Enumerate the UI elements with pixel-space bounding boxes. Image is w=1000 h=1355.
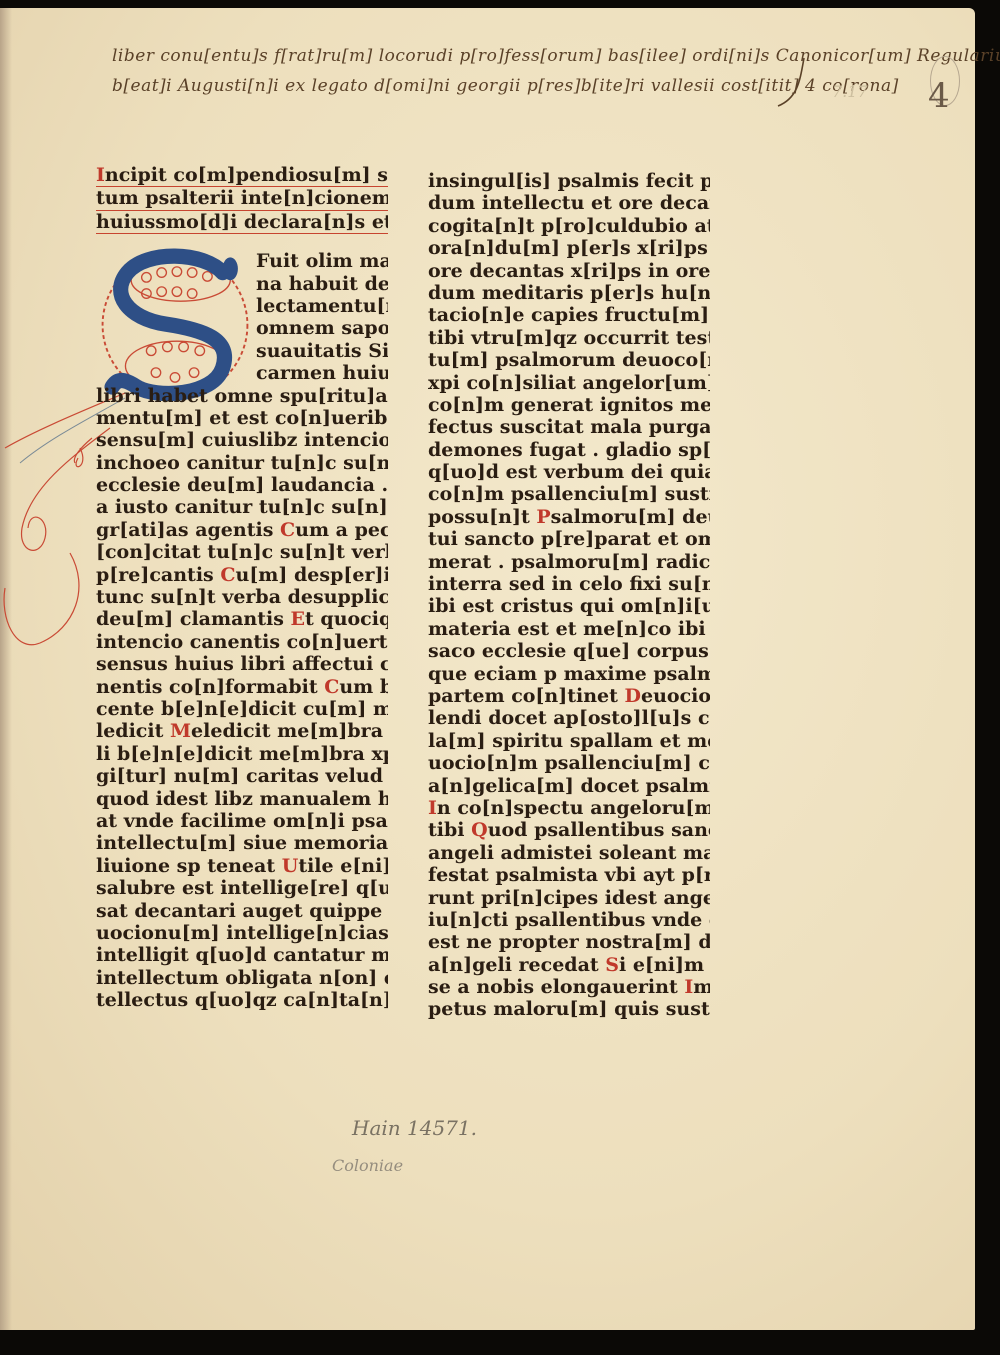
text-line: nentis co[n]formabit Cum benedi: [96, 676, 388, 698]
text-line: saco ecclesie q[ue] corpus xpi est: [428, 640, 710, 662]
text-line: xpi co[n]siliat angelor[um] co[n]gratula…: [428, 372, 710, 394]
rubricated-capital: C: [220, 564, 235, 586]
text-line: In co[n]spectu angeloru[m] psallam: [428, 797, 710, 819]
text-line: co[n]m psallenciu[m] sustinere non: [428, 483, 710, 505]
text-line: sat decantari auget quippe de: [96, 900, 388, 922]
text-line: liuione sp teneat Utile e[ni]m et: [96, 855, 388, 877]
text-line: omnem sapore[m]: [256, 317, 388, 339]
text-line: la[m] spiritu spallam et me[n]te De: [428, 730, 710, 752]
rubricated-capital: I: [96, 164, 105, 186]
place-of-printing: Coloniae: [332, 1156, 403, 1175]
text-line: ledicit Meledicit me[m]bra dyabo: [96, 720, 388, 742]
text-line: intellectum obligata n[on] euaga[tur] i: [96, 967, 388, 989]
text-line: na habuit de/: [256, 273, 388, 295]
text-line: tui sancto p[re]parat et om[n]i[um] dona: [428, 528, 710, 550]
faint-pencil-note: 7.17: [832, 82, 868, 101]
incipit-heading: Incipit co[m]pendiosu[m] scrip tum psalt…: [96, 164, 388, 234]
text-line: uocio[n]m psallenciu[m] co[n]gratulaco[m…: [428, 752, 710, 774]
text-line: sensu[m] cuiuslibz intencionis . Cu[m]: [96, 429, 388, 451]
text-line: carmen huius: [256, 362, 388, 384]
text-line: tacio[n]e capies fructu[m] vt in ipsis: [428, 304, 710, 326]
text-line: est ne propter nostra[m] desidea[m]: [428, 931, 710, 953]
text-line: intelligit q[uo]d cantatur mens p: [96, 944, 388, 966]
heading-line: tum psalterii inte[n]cionem: [96, 187, 388, 210]
heading-line: Incipit co[m]pendiosu[m] scrip: [96, 164, 388, 187]
text-line: dum intellectu et ore decanta[n]t: [428, 192, 710, 214]
text-line: p[re]cantis Cu[m] desp[er]idis decita[n]…: [96, 564, 388, 586]
rubricated-capital: P: [536, 506, 550, 528]
text-line: lendi docet ap[osto]l[u]s cu[m] dicit ps…: [428, 707, 710, 729]
text-line: tu[m] psalmorum deuoco[n] p[re]ciam: [428, 349, 710, 371]
text-line: petus maloru[m] quis sustinebit: [428, 998, 710, 1020]
text-line: que eciam p maxime psalmor[um]: [428, 663, 710, 685]
text-line: tibi vtru[m]qz occurrit testamen: [428, 327, 710, 349]
heading-line: huiussmo[d]i declara[n]s et expone[n]s: [96, 211, 388, 234]
text-line: festat psalmista vbi ayt p[re]uene: [428, 864, 710, 886]
text-line: co[n]m generat ignitos me[n]tis af/: [428, 394, 710, 416]
text-line: a[n]geli recedat Si e[ni]m boni sp[irit]…: [428, 954, 710, 976]
text-line: angeli admistei soleant mani: [428, 842, 710, 864]
text-column-right: insingul[is] psalmis fecit p[rese]nte[m]…: [428, 170, 710, 1021]
text-line: cogita[n]t p[ro]culdubio attencius: [428, 215, 710, 237]
rubricated-capital: S: [605, 954, 619, 976]
text-line: q[uo]d est verbum dei quia deuo/: [428, 461, 710, 483]
rubricated-capital: I: [428, 797, 437, 819]
text-line: ore decantas x[ri]ps in ore tuo est: [428, 260, 710, 282]
text-line: gi[tur] nu[m] caritas velud encheridio[n…: [96, 765, 388, 787]
text-line: suauitatis Sic: [256, 340, 388, 362]
text-line: tellectus q[uo]qz ca[n]ta[n]ciu[m] me[n]…: [96, 989, 388, 1011]
text-line: lectamentu[m] et: [256, 295, 388, 317]
text-line: iu[n]cti psallentibus vnde cauendu[m]: [428, 909, 710, 931]
text-line: ora[n]du[m] p[er]s x[ri]ps i[n] me[n]te …: [428, 237, 710, 259]
rubricated-capital: E: [291, 608, 305, 630]
text-line: deu[m] clamantis Et quociqz se: [96, 608, 388, 630]
rubricated-capital: M: [170, 720, 191, 742]
text-line: cente b[e]n[e]dicit cu[m] maledice[n]te …: [96, 698, 388, 720]
text-line: se a nobis elongauerint Im/: [428, 976, 710, 998]
text-line: partem co[n]tinet Deuocione[m] psal: [428, 685, 710, 707]
text-line: merat . psalmoru[m] radices non: [428, 551, 710, 573]
rubricated-capital: Q: [471, 819, 488, 841]
text-line: uocionu[m] intellige[n]cias et dum: [96, 922, 388, 944]
text-line: li b[e]n[e]dicit me[m]bra xpi Sacolle: [96, 743, 388, 765]
text-line: dum meditaris p[er]s hu[n]c ex medi: [428, 282, 710, 304]
marginal-flourish-icon: [760, 50, 810, 120]
text-line: at vnde facilime om[n]i psalmoru[m]: [96, 810, 388, 832]
text-line: sensus huius libri affectui ca/: [96, 653, 388, 675]
text-line: Fuit olim ma[n]/: [256, 250, 388, 272]
text-line: possu[n]t Psalmoru[m] deuoco[n] spiri: [428, 506, 710, 528]
text-column-left: Incipit co[m]pendiosu[m] scrip tum psalt…: [96, 164, 388, 1011]
text-line: a[n]gelica[m] docet psalmista q[uo]d agi…: [428, 775, 710, 797]
catalog-reference: Hain 14571.: [352, 1116, 477, 1140]
text-line: fectus suscitat mala purgat: [428, 416, 710, 438]
rubricated-capital: I: [684, 976, 693, 998]
text-line: insingul[is] psalmis fecit p[rese]nte[m]…: [428, 170, 710, 192]
text-line: runt pri[n]cipes idest angeli con: [428, 887, 710, 909]
text-line: demones fugat . gladio sp[irit]us: [428, 439, 710, 461]
rubricated-capital: U: [282, 855, 299, 877]
text-line: salubre est intellige[re] q[uo]d nu[n]q[…: [96, 877, 388, 899]
text-line: ecclesie deu[m] laudancia . Cum: [96, 474, 388, 496]
text-line: quod idest libz manualem habe: [96, 788, 388, 810]
text-line: inchoeo canitur tu[n]c su[n]t verba: [96, 452, 388, 474]
rubricated-capital: D: [625, 685, 641, 707]
text-line: tibi Quod psallentibus sancti: [428, 819, 710, 841]
text-line: mentu[m] et est co[n]ueribile ad o[m]em: [96, 407, 388, 429]
text-line: ibi est cristus qui om[n]i[um] psalmor[u…: [428, 595, 710, 617]
text-line: gr[ati]as agentis Cum a peccatore: [96, 519, 388, 541]
text-line: intencio canentis co[n]uertit mox se: [96, 631, 388, 653]
rubricated-capital: C: [280, 519, 295, 541]
text-line: a iusto canitur tu[n]c su[n]t verba: [96, 496, 388, 518]
text-line: interra sed in celo fixi su[n]t quia: [428, 573, 710, 595]
text-line: libri habet omne spu[ritu]ale docu/: [96, 385, 388, 407]
folio-number: 4: [928, 76, 950, 116]
rubricated-capital: C: [324, 676, 339, 698]
text-line: [con]citat tu[n]c su[n]t verba veniam de: [96, 541, 388, 563]
text-line: tunc su[n]t verba desupplico ad: [96, 586, 388, 608]
text-line: materia est et me[n]co ibi co[n]uer/: [428, 618, 710, 640]
marginal-note-line-1: liber conu[entu]s f[rat]ru[m] locorudi p…: [112, 46, 1000, 66]
manuscript-page: liber conu[entu]s f[rat]ru[m] locorudi p…: [0, 8, 975, 1330]
text-line: intellectu[m] siue memoria[m] si[ne] ob/: [96, 832, 388, 854]
